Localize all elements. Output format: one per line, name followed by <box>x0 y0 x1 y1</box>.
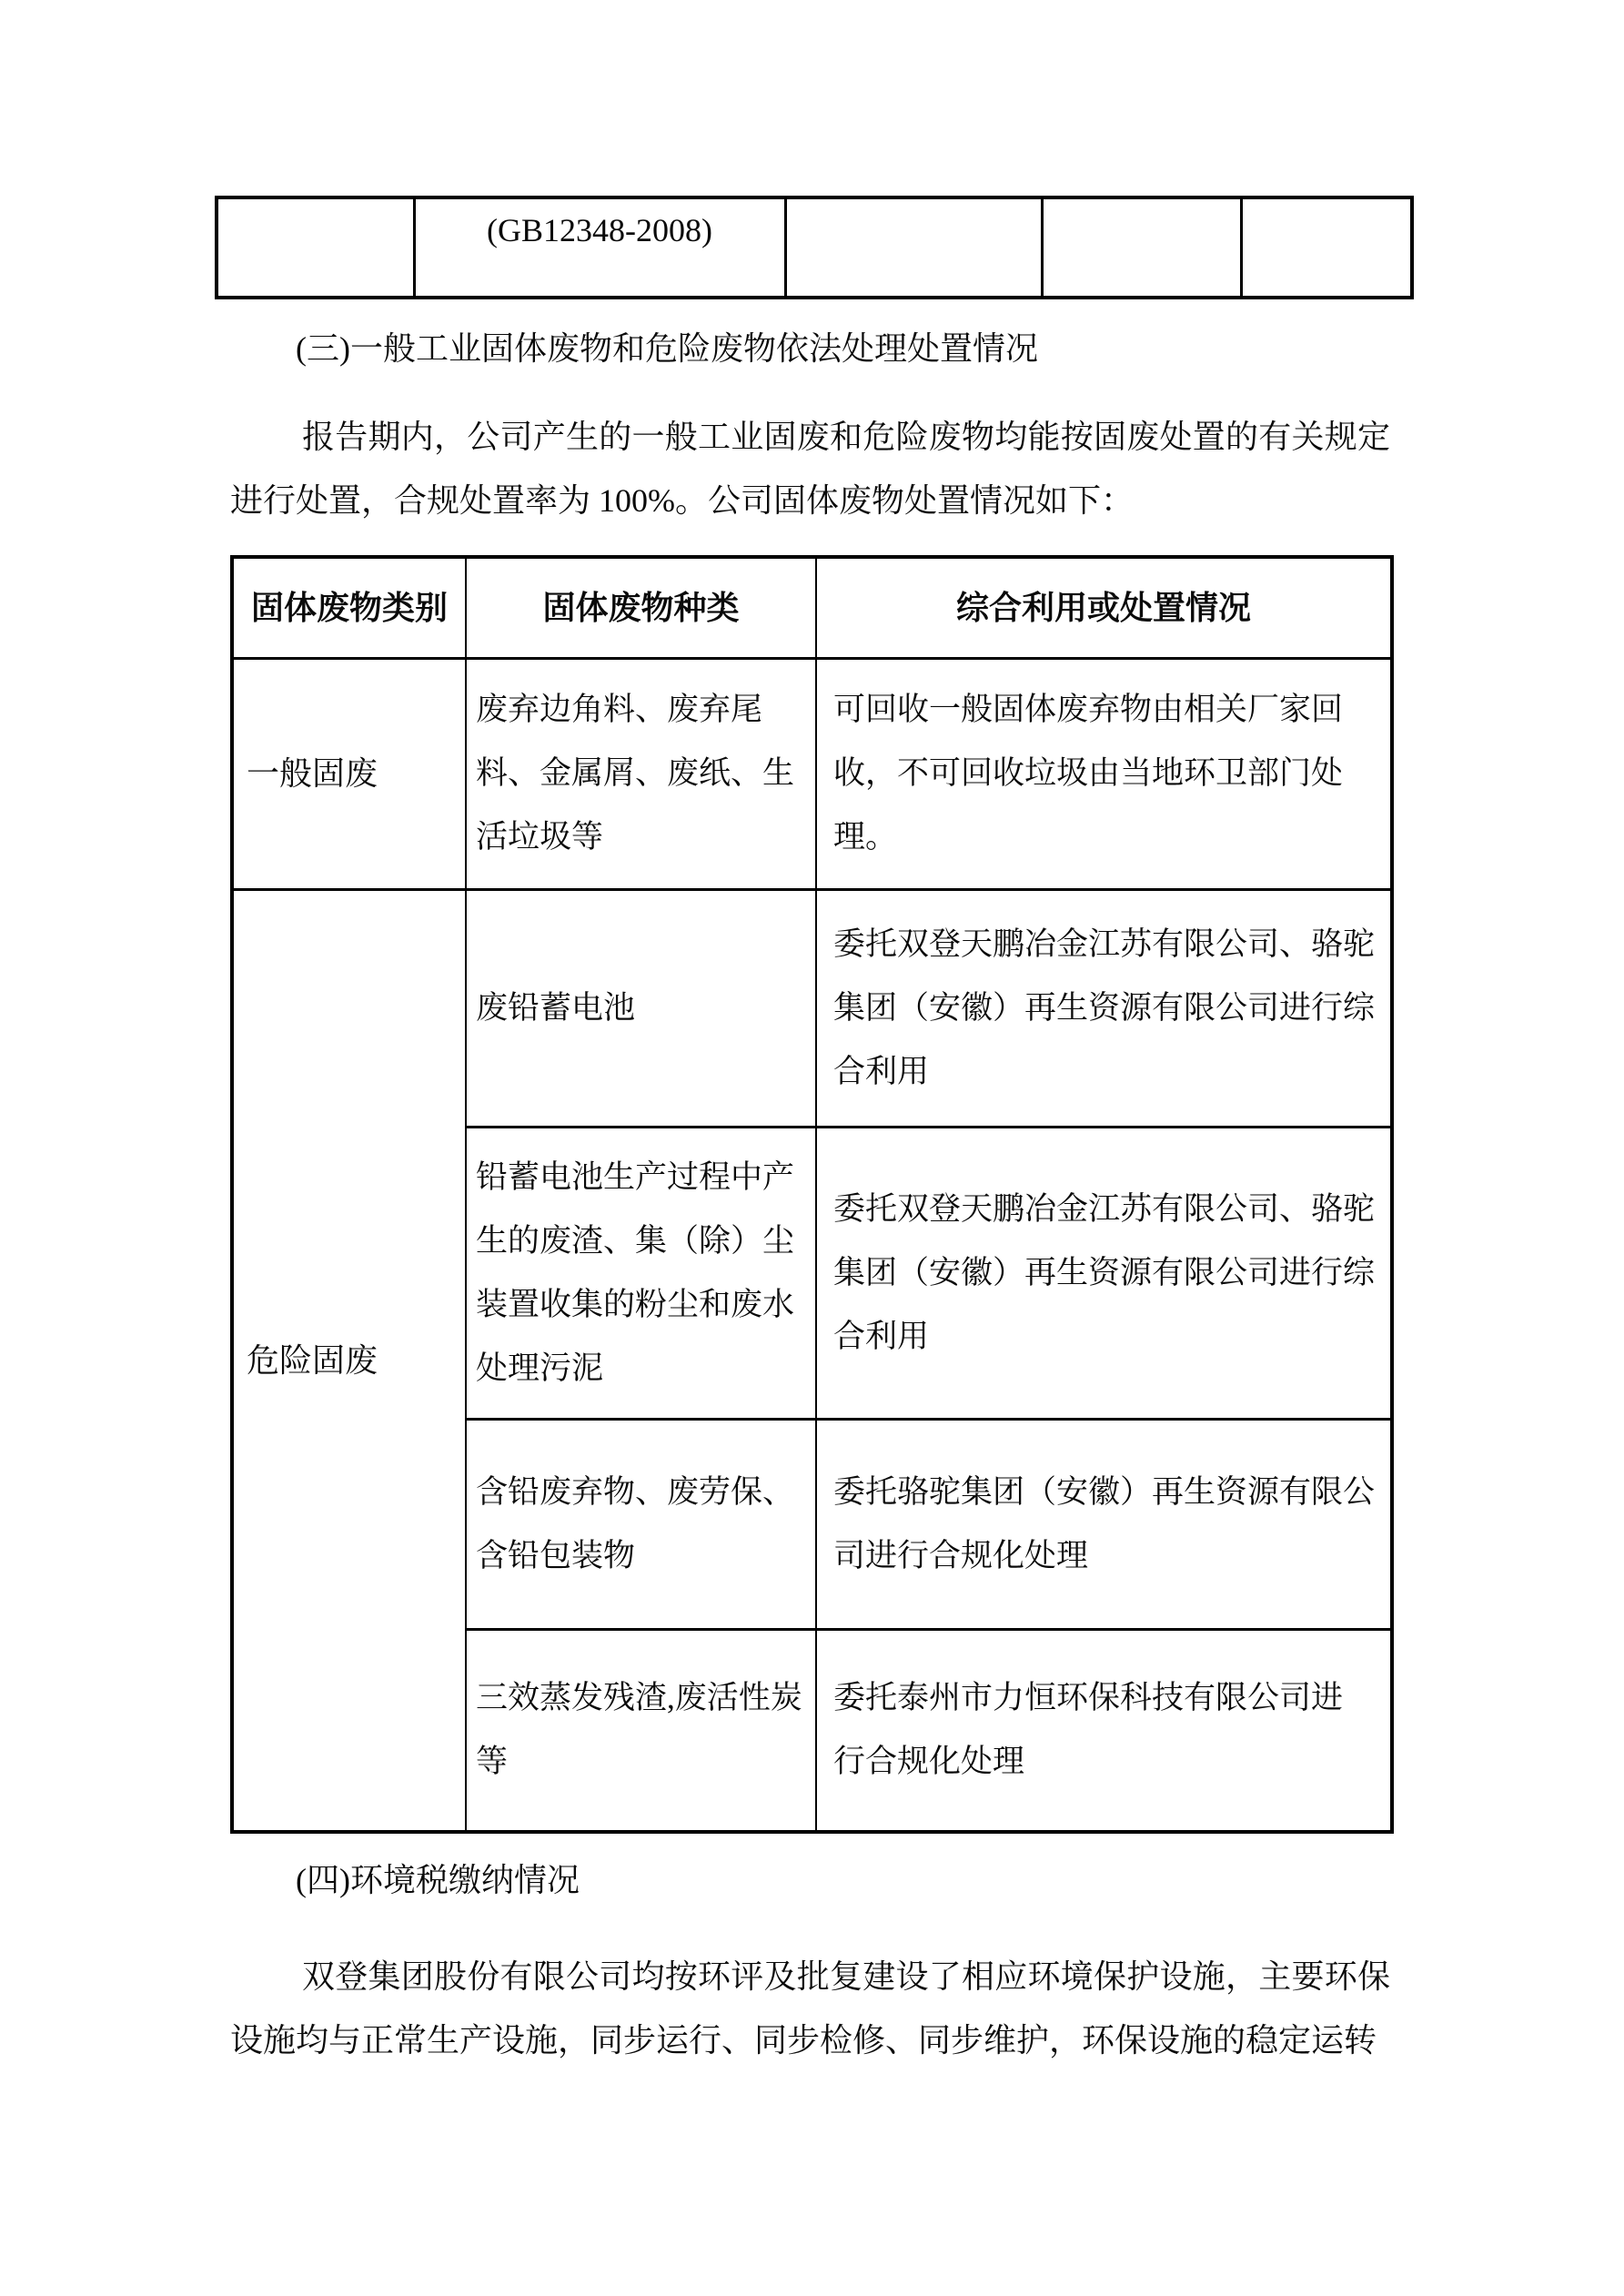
empty-cell <box>1241 197 1412 298</box>
header-cell-category: 固体废物类别 <box>232 557 466 658</box>
kind-cell: 三效蒸发残渣,废活性炭 等 <box>466 1629 816 1832</box>
section-3-paragraph: 报告期内，公司产生的一般工业固废和危险废物均能按固废处置的有关规定进行处置，合规… <box>230 405 1390 532</box>
hazardous-waste-row: 危险固废 废铅蓄电池 委托双登天鹏冶金江苏有限公司、骆驼 集团（安徽）再生资源有… <box>232 889 1392 1127</box>
disposal-cell: 委托泰州市力恒环保科技有限公司进 行合规化处理 <box>816 1629 1392 1832</box>
continuation-table-row: (GB12348-2008) <box>217 197 1412 298</box>
header-cell-disposal: 综合利用或处置情况 <box>816 557 1392 658</box>
gb-standard-cell: (GB12348-2008) <box>414 197 785 298</box>
waste-disposal-table: 固体废物类别 固体废物种类 综合利用或处置情况 一般固废 废弃边角料、废弃尾 料… <box>230 555 1394 1834</box>
empty-cell <box>785 197 1042 298</box>
disposal-cell: 委托双登天鹏冶金江苏有限公司、骆驼 集团（安徽）再生资源有限公司进行综 合利用 <box>816 1127 1392 1419</box>
continuation-table: (GB12348-2008) <box>215 196 1414 299</box>
general-waste-row: 一般固废 废弃边角料、废弃尾 料、金属屑、废纸、生 活垃圾等 可回收一般固体废弃… <box>232 658 1392 889</box>
category-cell-general: 一般固废 <box>232 658 466 889</box>
empty-cell <box>1042 197 1241 298</box>
section-3-heading: (三)一般工业固体废物和危险废物依法处理处置情况 <box>230 331 1390 366</box>
disposal-cell: 委托骆驼集团（安徽）再生资源有限公 司进行合规化处理 <box>816 1419 1392 1629</box>
disposal-cell: 委托双登天鹏冶金江苏有限公司、骆驼 集团（安徽）再生资源有限公司进行综 合利用 <box>816 889 1392 1127</box>
document-page: (GB12348-2008) (三)一般工业固体废物和危险废物依法处理处置情况 … <box>0 196 1624 2072</box>
kind-cell: 铅蓄电池生产过程中产 生的废渣、集（除）尘 装置收集的粉尘和废水 处理污泥 <box>466 1127 816 1419</box>
kind-cell: 废铅蓄电池 <box>466 889 816 1127</box>
empty-cell <box>217 197 414 298</box>
waste-table-header-row: 固体废物类别 固体废物种类 综合利用或处置情况 <box>232 557 1392 658</box>
header-cell-kind: 固体废物种类 <box>466 557 816 658</box>
disposal-cell: 可回收一般固体废弃物由相关厂家回 收，不可回收垃圾由当地环卫部门处 理。 <box>816 658 1392 889</box>
section-4-paragraph: 双登集团股份有限公司均按环评及批复建设了相应环境保护设施，主要环保设施均与正常生… <box>230 1945 1390 2072</box>
kind-cell: 废弃边角料、废弃尾 料、金属屑、废纸、生 活垃圾等 <box>466 658 816 889</box>
category-cell-hazardous: 危险固废 <box>232 889 466 1832</box>
section-4-heading: (四)环境税缴纳情况 <box>230 1863 1390 1897</box>
kind-cell: 含铅废弃物、废劳保、 含铅包装物 <box>466 1419 816 1629</box>
